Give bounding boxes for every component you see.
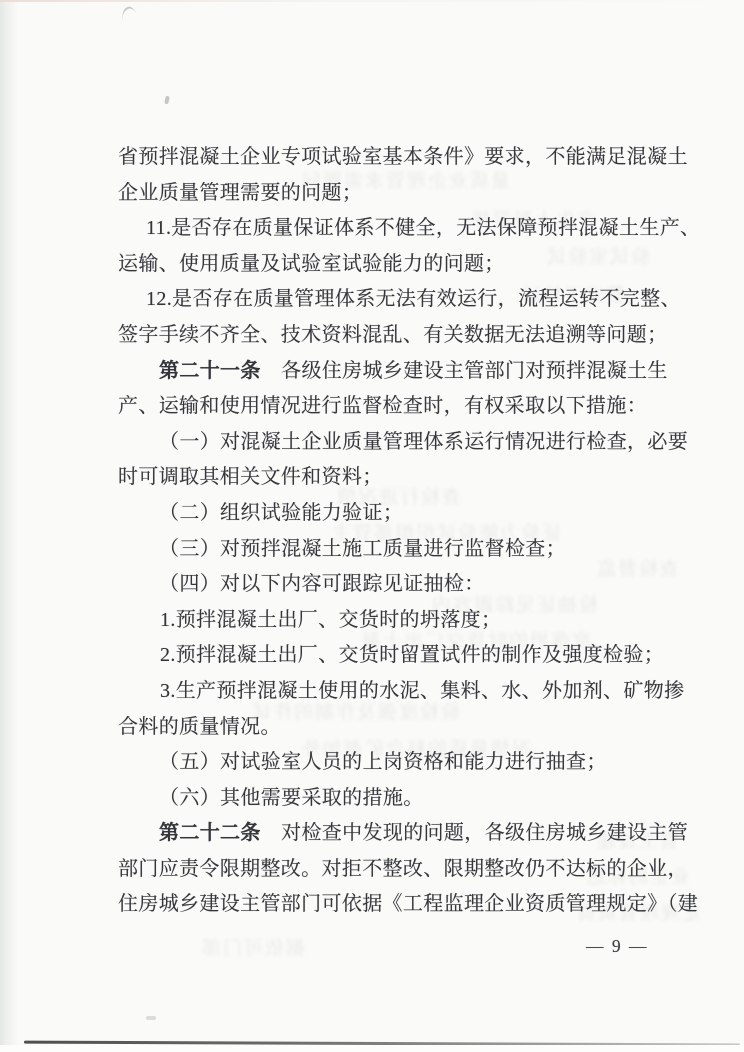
doc-line: 运输、使用质量及试验室试验能力的问题； [118, 247, 708, 283]
doc-line: 3.生产预拌混凝土使用的水泥、集料、水、外加剂、矿物掺 [118, 674, 708, 710]
doc-text-segment: （二）组织试验能力验证； [159, 502, 403, 524]
scanned-document-page: 量质业企理管求需题问产生土凝混拌验试室验试整完不转运查检行进况情证验力能验试织组… [0, 0, 744, 1052]
doc-text-segment: 签字手续不齐全、技术资料混乱、有关数据无法追溯等问题； [118, 324, 667, 346]
doc-text-segment: 各级住房城乡建设主管部门对预拌混凝土生 [261, 360, 668, 382]
scan-speck [119, 5, 137, 22]
doc-text-segment: 产、运输和使用情况进行监督检查时，有权采取以下措施： [118, 395, 647, 417]
doc-text-segment: （五）对试验室人员的上岗资格和能力进行抽查； [159, 751, 607, 773]
doc-text-segment: 时可调取其相关文件和资料； [118, 466, 383, 488]
doc-line: 11.是否存在质量保证体系不健全，无法保障预拌混凝土生产、 [118, 211, 708, 247]
doc-text-segment: 住房城乡建设主管部门可依据《工程监理企业资质管理规定》（建 [118, 893, 698, 915]
doc-text-segment: 运输、使用质量及试验室试验能力的问题； [118, 253, 505, 275]
doc-line: 省预拌混凝土企业专项试验室基本条件》要求，不能满足混凝土 [118, 140, 708, 176]
doc-text-segment: 12.是否存在质量管理体系无法有效运行，流程运转不完整、 [146, 288, 681, 310]
bleedthrough-ghost-text: 据依可门部 [200, 933, 305, 960]
doc-line: 产、运输和使用情况进行监督检查时，有权采取以下措施： [118, 389, 708, 425]
doc-line: 企业质量管理需要的问题； [118, 176, 708, 212]
scan-edge-left [0, 0, 20, 1052]
doc-line: （二）组织试验能力验证； [118, 496, 708, 532]
doc-line: 时可调取其相关文件和资料； [118, 460, 708, 496]
doc-text-segment: （六）其他需要采取的措施。 [159, 787, 424, 809]
article-heading: 第二十一条 [159, 360, 261, 382]
doc-line: 12.是否存在质量管理体系无法有效运行，流程运转不完整、 [118, 282, 708, 318]
scan-speck [164, 96, 170, 105]
doc-line: 第二十一条 各级住房城乡建设主管部门对预拌混凝土生 [118, 354, 708, 390]
doc-line: （六）其他需要采取的措施。 [118, 781, 708, 817]
doc-text-segment: （一）对混凝土企业质量管理体系运行情况进行检查，必要 [159, 431, 688, 453]
doc-line: （一）对混凝土企业质量管理体系运行情况进行检查，必要 [118, 425, 708, 461]
doc-text-segment: （三）对预拌混凝土施工质量进行监督检查； [159, 538, 566, 560]
doc-text-segment: 部门应责令限期整改。对拒不整改、限期整改仍不达标的企业， [118, 858, 688, 880]
scan-speck [146, 1016, 156, 1020]
doc-line: （五）对试验室人员的上岗资格和能力进行抽查； [118, 745, 708, 781]
doc-text-segment: 11.是否存在质量保证体系不健全，无法保障预拌混凝土生产、 [146, 217, 700, 239]
doc-line: 第二十二条 对检查中发现的问题，各级住房城乡建设主管 [118, 816, 708, 852]
doc-line: 住房城乡建设主管部门可依据《工程监理企业资质管理规定》（建 [118, 887, 708, 923]
doc-text-segment: 2.预拌混凝土出厂、交货时留置试件的制作及强度检验； [160, 644, 664, 666]
doc-text-segment: 合料的质量情况。 [118, 716, 281, 738]
doc-line: 合料的质量情况。 [118, 710, 708, 746]
scan-margin-below-edge [0, 1045, 744, 1052]
scan-edge-top [0, 0, 744, 2]
doc-line: （三）对预拌混凝土施工质量进行监督检查； [118, 532, 708, 568]
document-body-text: 省预拌混凝土企业专项试验室基本条件》要求，不能满足混凝土企业质量管理需要的问题；… [118, 140, 708, 923]
page-number: — 9 — [586, 936, 649, 957]
doc-text-segment: （四）对以下内容可跟踪见证抽检： [159, 573, 485, 595]
article-heading: 第二十二条 [159, 822, 261, 844]
doc-text-segment: 1.预拌混凝土出厂、交货时的坍落度； [160, 609, 501, 631]
doc-text-segment: 企业质量管理需要的问题； [118, 182, 362, 204]
doc-line: 签字手续不齐全、技术资料混乱、有关数据无法追溯等问题； [118, 318, 708, 354]
doc-line: 2.预拌混凝土出厂、交货时留置试件的制作及强度检验； [118, 638, 708, 674]
doc-line: （四）对以下内容可跟踪见证抽检： [118, 567, 708, 603]
doc-text-segment: 对检查中发现的问题，各级住房城乡建设主管 [261, 822, 688, 844]
doc-line: 1.预拌混凝土出厂、交货时的坍落度； [118, 603, 708, 639]
doc-text-segment: 省预拌混凝土企业专项试验室基本条件》要求，不能满足混凝土 [118, 146, 688, 168]
doc-text-segment: 3.生产预拌混凝土使用的水泥、集料、水、外加剂、矿物掺 [160, 680, 684, 702]
doc-line: 部门应责令限期整改。对拒不整改、限期整改仍不达标的企业， [118, 852, 708, 888]
